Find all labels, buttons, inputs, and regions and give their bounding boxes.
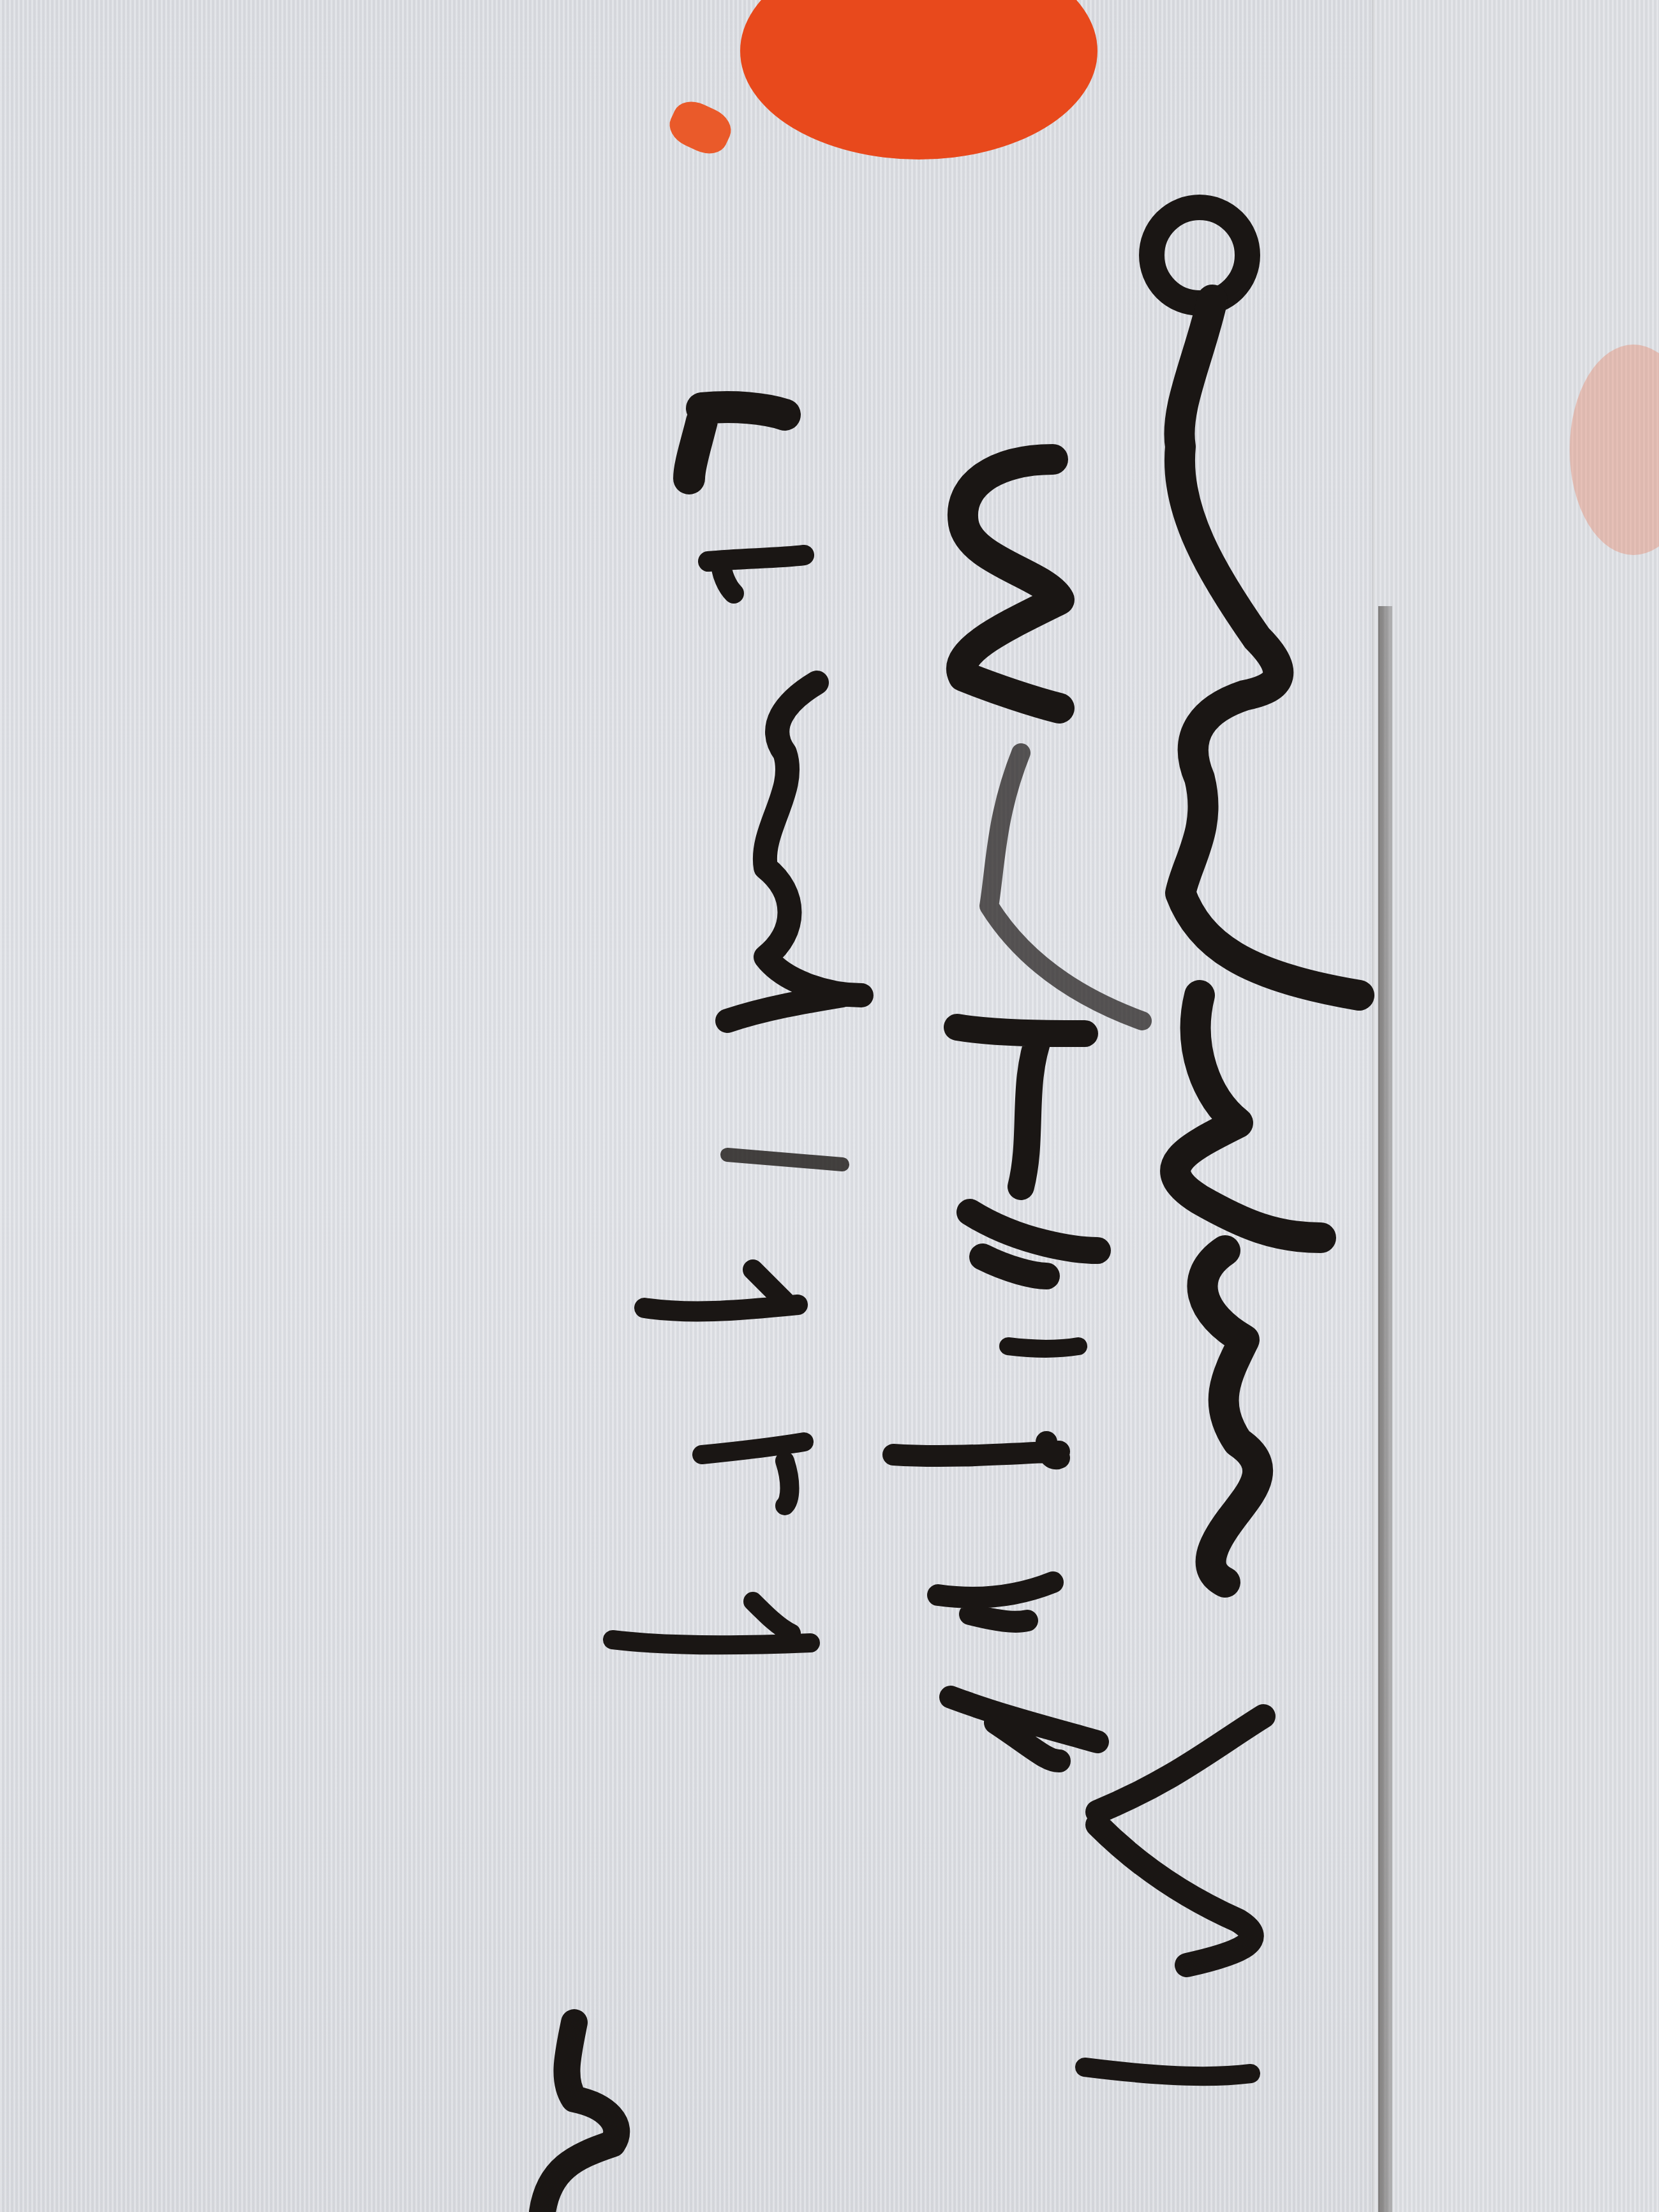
calligraphy-strokes [0,0,1659,2212]
